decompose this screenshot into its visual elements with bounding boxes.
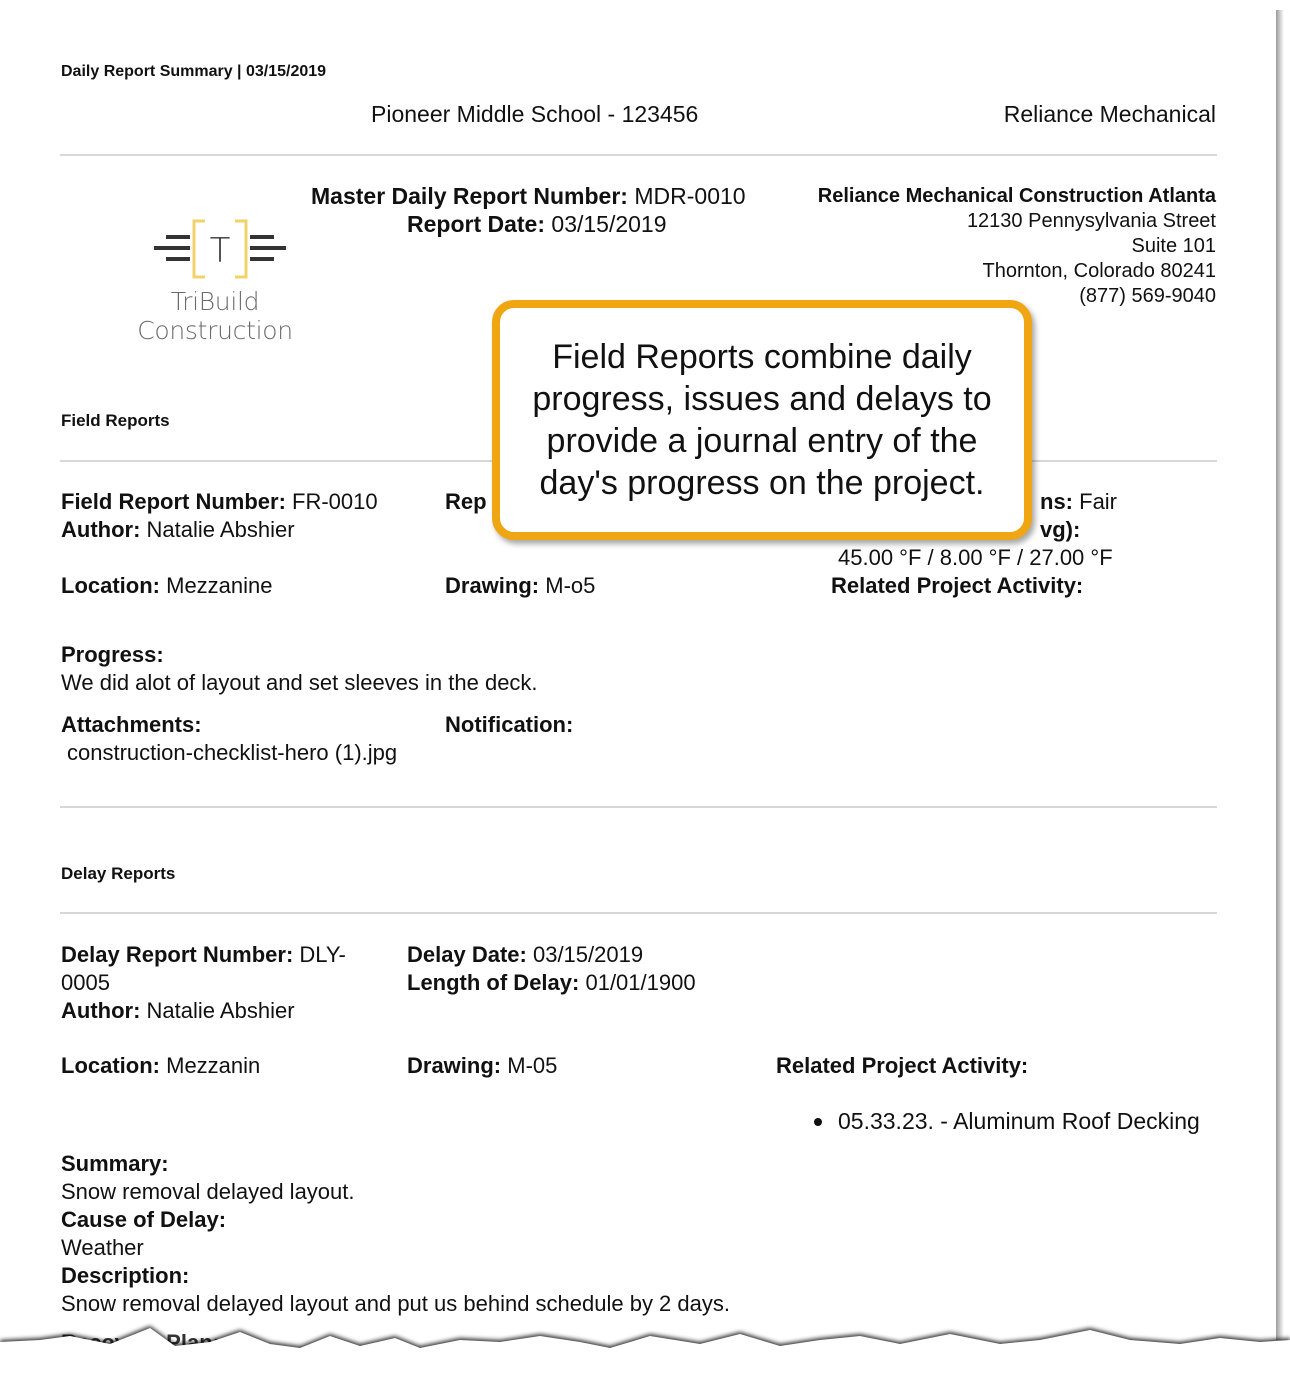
- delay-report-activity-label: Related Project Activity:: [776, 1053, 1028, 1079]
- delay-description-value: Snow removal delayed layout and put us b…: [61, 1291, 730, 1317]
- company-address-block: Reliance Mechanical Construction Atlanta…: [818, 184, 1216, 309]
- company-city: Thornton, Colorado 80241: [818, 259, 1216, 284]
- field-report-progress-value: We did alot of layout and set sleeves in…: [61, 670, 538, 696]
- delay-cause-value: Weather: [61, 1235, 144, 1261]
- section-title-delay-reports: Delay Reports: [61, 864, 175, 884]
- company-logo: T TriBuild Construction: [90, 215, 340, 320]
- project-name: Pioneer Middle School - 123456: [371, 101, 698, 128]
- delay-cause-label: Cause of Delay:: [61, 1207, 226, 1233]
- svg-text:T: T: [210, 231, 231, 271]
- section-title-field-reports: Field Reports: [61, 411, 170, 431]
- field-report-progress-label: Progress:: [61, 642, 164, 668]
- field-report-temperature-label: vg):: [1040, 517, 1080, 543]
- logo-mark-icon: T: [90, 215, 340, 295]
- delay-report-location: Location: Mezzanin: [61, 1053, 260, 1079]
- field-report-location: Location: Mezzanine: [61, 573, 273, 599]
- delay-report-drawing: Drawing: M-05: [407, 1053, 557, 1079]
- company-name: Reliance Mechanical Construction Atlanta: [818, 184, 1216, 209]
- field-report-temperature-value: 45.00 °F / 8.00 °F / 27.00 °F: [838, 545, 1113, 571]
- master-report-number-label: Master Daily Report Number:: [311, 183, 628, 209]
- delay-summary-label: Summary:: [61, 1151, 169, 1177]
- field-report-number: Field Report Number: FR-0010: [61, 489, 378, 515]
- field-report-attachments-label: Attachments:: [61, 712, 202, 738]
- page-shadow: [1276, 10, 1284, 1340]
- callout-tooltip: Field Reports combine daily progress, is…: [492, 300, 1032, 540]
- delay-report-number-cont: 0005: [61, 970, 110, 996]
- delay-length: Length of Delay: 01/01/1900: [407, 970, 696, 996]
- delay-date: Delay Date: 03/15/2019: [407, 942, 643, 968]
- report-title: Daily Report Summary | 03/15/2019: [61, 63, 326, 81]
- report-date-value: 03/15/2019: [551, 211, 666, 237]
- report-page: Daily Report Summary | 03/15/2019 Pionee…: [0, 0, 1276, 1376]
- delay-summary-value: Snow removal delayed layout.: [61, 1179, 355, 1205]
- master-report-number-value: MDR-0010: [634, 183, 745, 209]
- delay-report-author: Author: Natalie Abshier: [61, 998, 295, 1024]
- field-report-report-label: Rep: [445, 489, 487, 515]
- field-report-conditions: ns: Fair: [1040, 489, 1117, 515]
- company-address-line2: Suite 101: [818, 234, 1216, 259]
- delay-description-label: Description:: [61, 1263, 189, 1289]
- divider: [60, 154, 1217, 156]
- attachment-link[interactable]: construction-checklist-hero (1).jpg: [67, 740, 397, 766]
- field-report-notification-label: Notification:: [445, 712, 573, 738]
- field-report-activity-label: Related Project Activity:: [831, 573, 1083, 599]
- logo-text: TriBuild Construction: [90, 287, 340, 345]
- related-activity-list: 05.33.23. - Aluminum Roof Decking: [812, 1108, 1218, 1135]
- divider: [60, 806, 1217, 808]
- divider: [60, 912, 1217, 914]
- master-report-number: Master Daily Report Number: MDR-0010: [311, 183, 746, 210]
- torn-edge-decoration: [0, 1320, 1290, 1376]
- company-address-line1: 12130 Pennysylvania Street: [818, 209, 1216, 234]
- list-item: 05.33.23. - Aluminum Roof Decking: [812, 1108, 1218, 1135]
- report-date-label: Report Date:: [407, 211, 545, 237]
- field-report-author: Author: Natalie Abshier: [61, 517, 295, 543]
- report-date: Report Date: 03/15/2019: [407, 211, 667, 238]
- field-report-drawing: Drawing: M-o5: [445, 573, 595, 599]
- company-short-name: Reliance Mechanical: [1004, 101, 1216, 128]
- delay-report-number: Delay Report Number: DLY-: [61, 942, 346, 968]
